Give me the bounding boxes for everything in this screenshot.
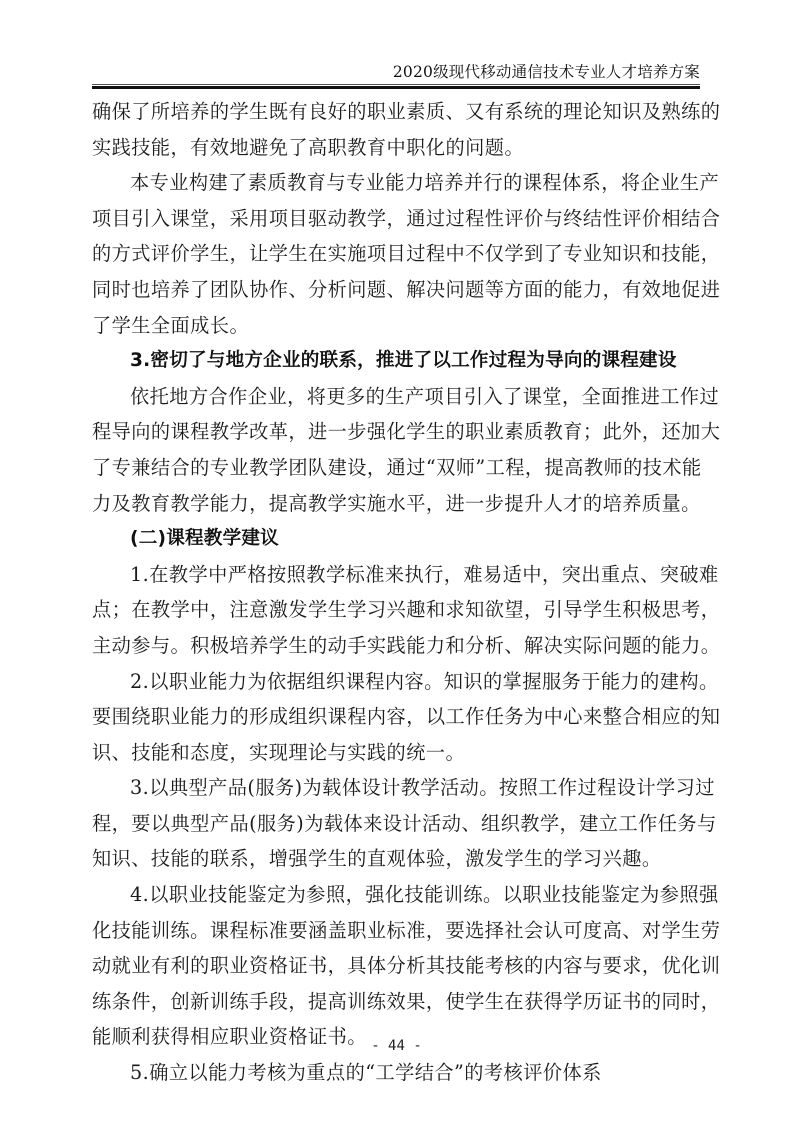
paragraph-line: 4.以职业技能鉴定为参照，强化技能训练。以职业技能鉴定为参照强 bbox=[92, 877, 704, 913]
section-heading: 3.密切了与地方企业的联系，推进了以工作过程为导向的课程建设 bbox=[92, 343, 704, 379]
paragraph-line: 要围绕职业能力的形成组织课程内容，以工作任务为中心来整合相应的知 bbox=[92, 699, 704, 735]
header-rule-thin bbox=[92, 84, 700, 85]
paragraph-line: 实践技能，有效地避免了高职教育中职化的问题。 bbox=[92, 130, 704, 166]
paragraph-line: 1.在教学中严格按照教学标准来执行，难易适中，突出重点、突破难 bbox=[92, 557, 704, 593]
paragraph-line: 化技能训练。课程标准要涵盖职业标准，要选择社会认可度高、对学生劳 bbox=[92, 913, 704, 949]
paragraph-line: 程导向的课程教学改革，进一步强化学生的职业素质教育；此外，还加大 bbox=[92, 414, 704, 450]
paragraph-line: 依托地方合作企业，将更多的生产项目引入了课堂，全面推进工作过 bbox=[92, 379, 704, 415]
section-heading: (二)课程教学建议 bbox=[92, 521, 704, 557]
paragraph-line: 力及教育教学能力，提高教学实施水平，进一步提升人才的培养质量。 bbox=[92, 486, 704, 522]
page-number: - 44 - bbox=[0, 1037, 793, 1055]
paragraph-line: 同时也培养了团队协作、分析问题、解决问题等方面的能力，有效地促进 bbox=[92, 272, 704, 308]
body-text: 确保了所培养的学生既有良好的职业素质、又有系统的理论知识及熟练的 实践技能，有效… bbox=[92, 94, 704, 1091]
paragraph-line: 2.以职业能力为依据组织课程内容。知识的掌握服务于能力的建构。 bbox=[92, 664, 704, 700]
paragraph-line: 识、技能和态度，实现理论与实践的统一。 bbox=[92, 735, 704, 771]
paragraph-line: 程，要以典型产品(服务)为载体来设计活动、组织教学，建立工作任务与 bbox=[92, 806, 704, 842]
paragraph-line: 了专兼结合的专业教学团队建设，通过“双师”工程，提高教师的技术能 bbox=[92, 450, 704, 486]
paragraph-line: 5.确立以能力考核为重点的“工学结合”的考核评价体系 bbox=[92, 1055, 704, 1091]
paragraph-line: 了学生全面成长。 bbox=[92, 308, 704, 344]
paragraph-line: 本专业构建了素质教育与专业能力培养并行的课程体系，将企业生产 bbox=[92, 165, 704, 201]
paragraph-line: 练条件，创新训练手段，提高训练效果，使学生在获得学历证书的同时， bbox=[92, 984, 704, 1020]
paragraph-line: 知识、技能的联系，增强学生的直观体验，激发学生的学习兴趣。 bbox=[92, 841, 704, 877]
paragraph-line: 点；在教学中，注意激发学生学习兴趣和求知欲望，引导学生积极思考， bbox=[92, 592, 704, 628]
paragraph-line: 确保了所培养的学生既有良好的职业素质、又有系统的理论知识及熟练的 bbox=[92, 94, 704, 130]
paragraph-line: 主动参与。积极培养学生的动手实践能力和分析、解决实际问题的能力。 bbox=[92, 628, 704, 664]
paragraph-line: 项目引入课堂，采用项目驱动教学，通过过程性评价与终结性评价相结合 bbox=[92, 201, 704, 237]
paragraph-line: 动就业有利的职业资格证书，具体分析其技能考核的内容与要求，优化训 bbox=[92, 948, 704, 984]
paragraph-line: 3.以典型产品(服务)为载体设计教学活动。按照工作过程设计学习过 bbox=[92, 770, 704, 806]
document-page: 2020级现代移动通信技术专业人才培养方案 确保了所培养的学生既有良好的职业素质… bbox=[0, 0, 793, 1122]
paragraph-line: 的方式评价学生，让学生在实施项目过程中不仅学到了专业知识和技能， bbox=[92, 236, 704, 272]
header-rule-thick bbox=[92, 86, 700, 89]
header-title: 2020级现代移动通信技术专业人才培养方案 bbox=[393, 62, 700, 82]
running-header: 2020级现代移动通信技术专业人才培养方案 bbox=[92, 62, 700, 90]
